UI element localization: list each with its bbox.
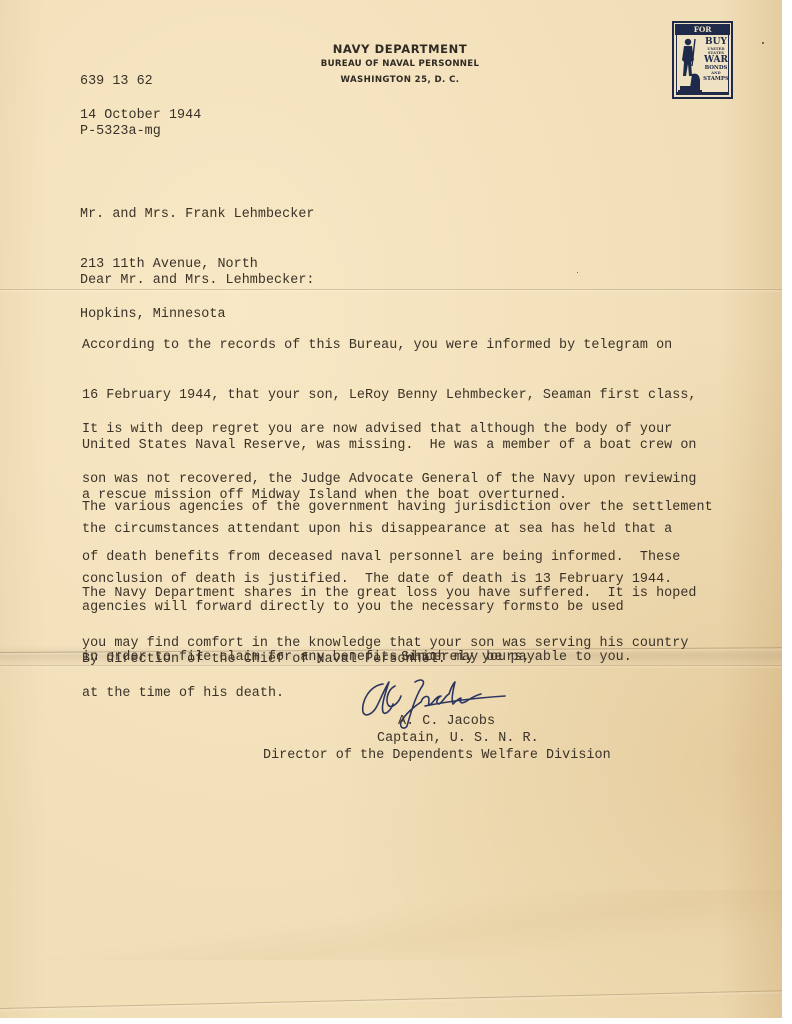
letterhead-department: NAVY DEPARTMENT [290, 42, 510, 57]
letter-date: 14 October 1944 [80, 108, 201, 125]
recipient-name: Mr. and Mrs. Frank Lehmbecker [80, 207, 315, 224]
reference-code: P-5323a-mg [80, 124, 161, 141]
letterhead-bureau: BUREAU OF NAVAL PERSONNEL [290, 57, 510, 72]
letterhead-location: WASHINGTON 25, D. C. [290, 72, 510, 89]
stamp-buy: BUY [702, 38, 730, 47]
paper-speck [577, 272, 578, 273]
signer-rank: Captain, U. S. N. R. [377, 731, 539, 748]
paper-crease [0, 890, 782, 960]
paper-speck [762, 42, 764, 44]
signer-name: A. C. Jacobs [398, 714, 495, 731]
salutation: Dear Mr. and Mrs. Lehmbecker: [80, 273, 315, 290]
paper-fold-line [0, 990, 782, 1009]
minuteman-statue-icon [677, 36, 703, 96]
letter-page: 639 13 62 P-5323a-mg NAVY DEPARTMENT BUR… [0, 0, 782, 1018]
stamp-header: FOR VICTORY [675, 24, 730, 35]
recipient-street: 213 11th Avenue, North [80, 257, 315, 274]
letterhead: NAVY DEPARTMENT BUREAU OF NAVAL PERSONNE… [290, 42, 510, 89]
stamp-war: WAR [702, 56, 730, 65]
closing: Sincerely yours, [401, 650, 530, 667]
war-bonds-stamp: FOR VICTORY BUY UNITED STATES WAR BONDS … [672, 21, 733, 99]
file-number: 639 13 62 [80, 74, 161, 91]
signer-title: Director of the Dependents Welfare Divis… [263, 748, 611, 765]
